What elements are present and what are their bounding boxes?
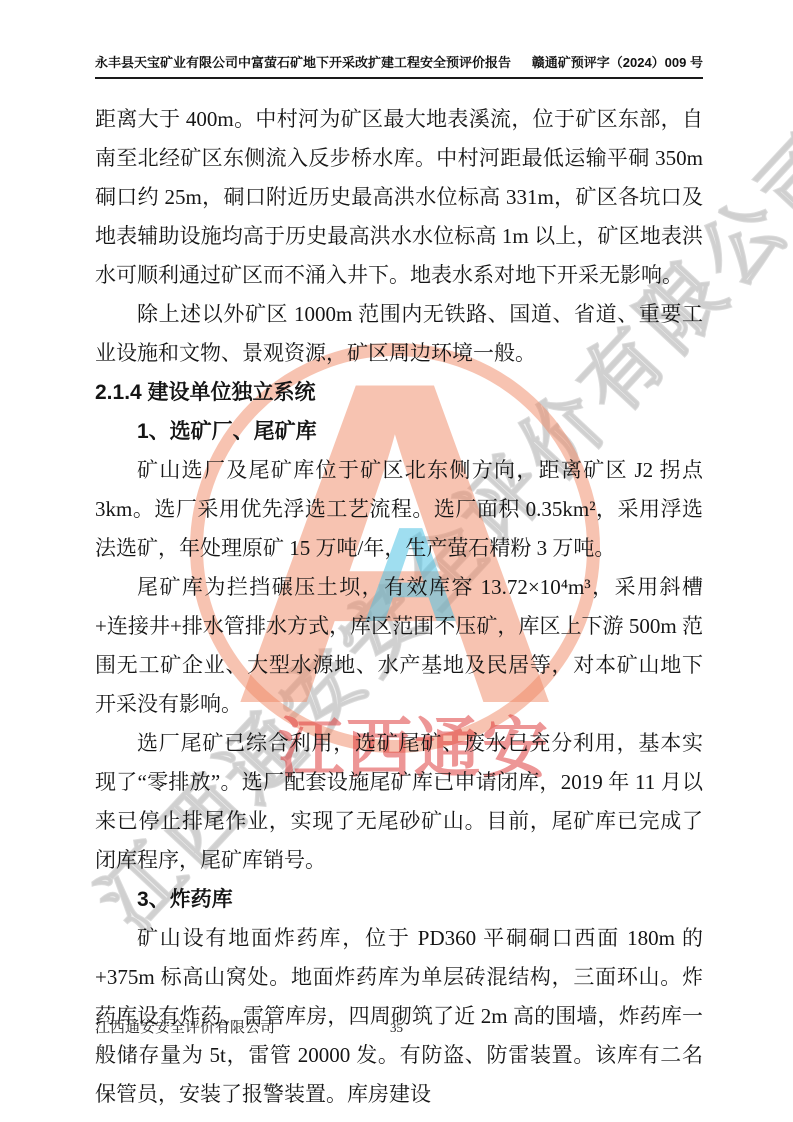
header-report-title: 永丰县天宝矿业有限公司中富萤石矿地下开采改扩建工程安全预评价报告 [95,52,511,71]
section-heading-2-1-4: 2.1.4 建设单位独立系统 [95,373,703,412]
subheading-1-concentrator-tailings: 1、选矿厂、尾矿库 [95,412,703,451]
paragraph-continued: 距离大于 400m。中村河为矿区最大地表溪流，位于矿区东部，自南至北经矿区东侧流… [95,100,703,295]
paragraph: 矿山选厂及尾矿库位于矿区北东侧方向，距离矿区 J2 拐点 3km。选厂采用优先浮… [95,451,703,568]
header-doc-number: 赣通矿预评字（2024）009 号 [532,52,703,71]
document-page: 江西通安安全评价有限公司 A A 江西通安 永丰县天宝矿业有限公司中富萤石矿地下… [0,0,793,1122]
paragraph: 除上述以外矿区 1000m 范围内无铁路、国道、省道、重要工业设施和文物、景观资… [95,295,703,373]
paragraph: 选厂尾矿已综合利用，选矿尾矿、废水已充分利用，基本实现了“零排放”。选厂配套设施… [95,724,703,880]
page-content: 永丰县天宝矿业有限公司中富萤石矿地下开采改扩建工程安全预评价报告 赣通矿预评字（… [0,0,793,1122]
paragraph: 尾矿库为拦挡碾压土坝，有效库容 13.72×10⁴m³，采用斜槽+连接井+排水管… [95,568,703,724]
page-header: 永丰县天宝矿业有限公司中富萤石矿地下开采改扩建工程安全预评价报告 赣通矿预评字（… [95,52,703,79]
page-number: 35 [0,1020,793,1036]
subheading-3-explosives-depot: 3、炸药库 [95,880,703,919]
body-text: 距离大于 400m。中村河为矿区最大地表溪流，位于矿区东部，自南至北经矿区东侧流… [95,100,703,1114]
